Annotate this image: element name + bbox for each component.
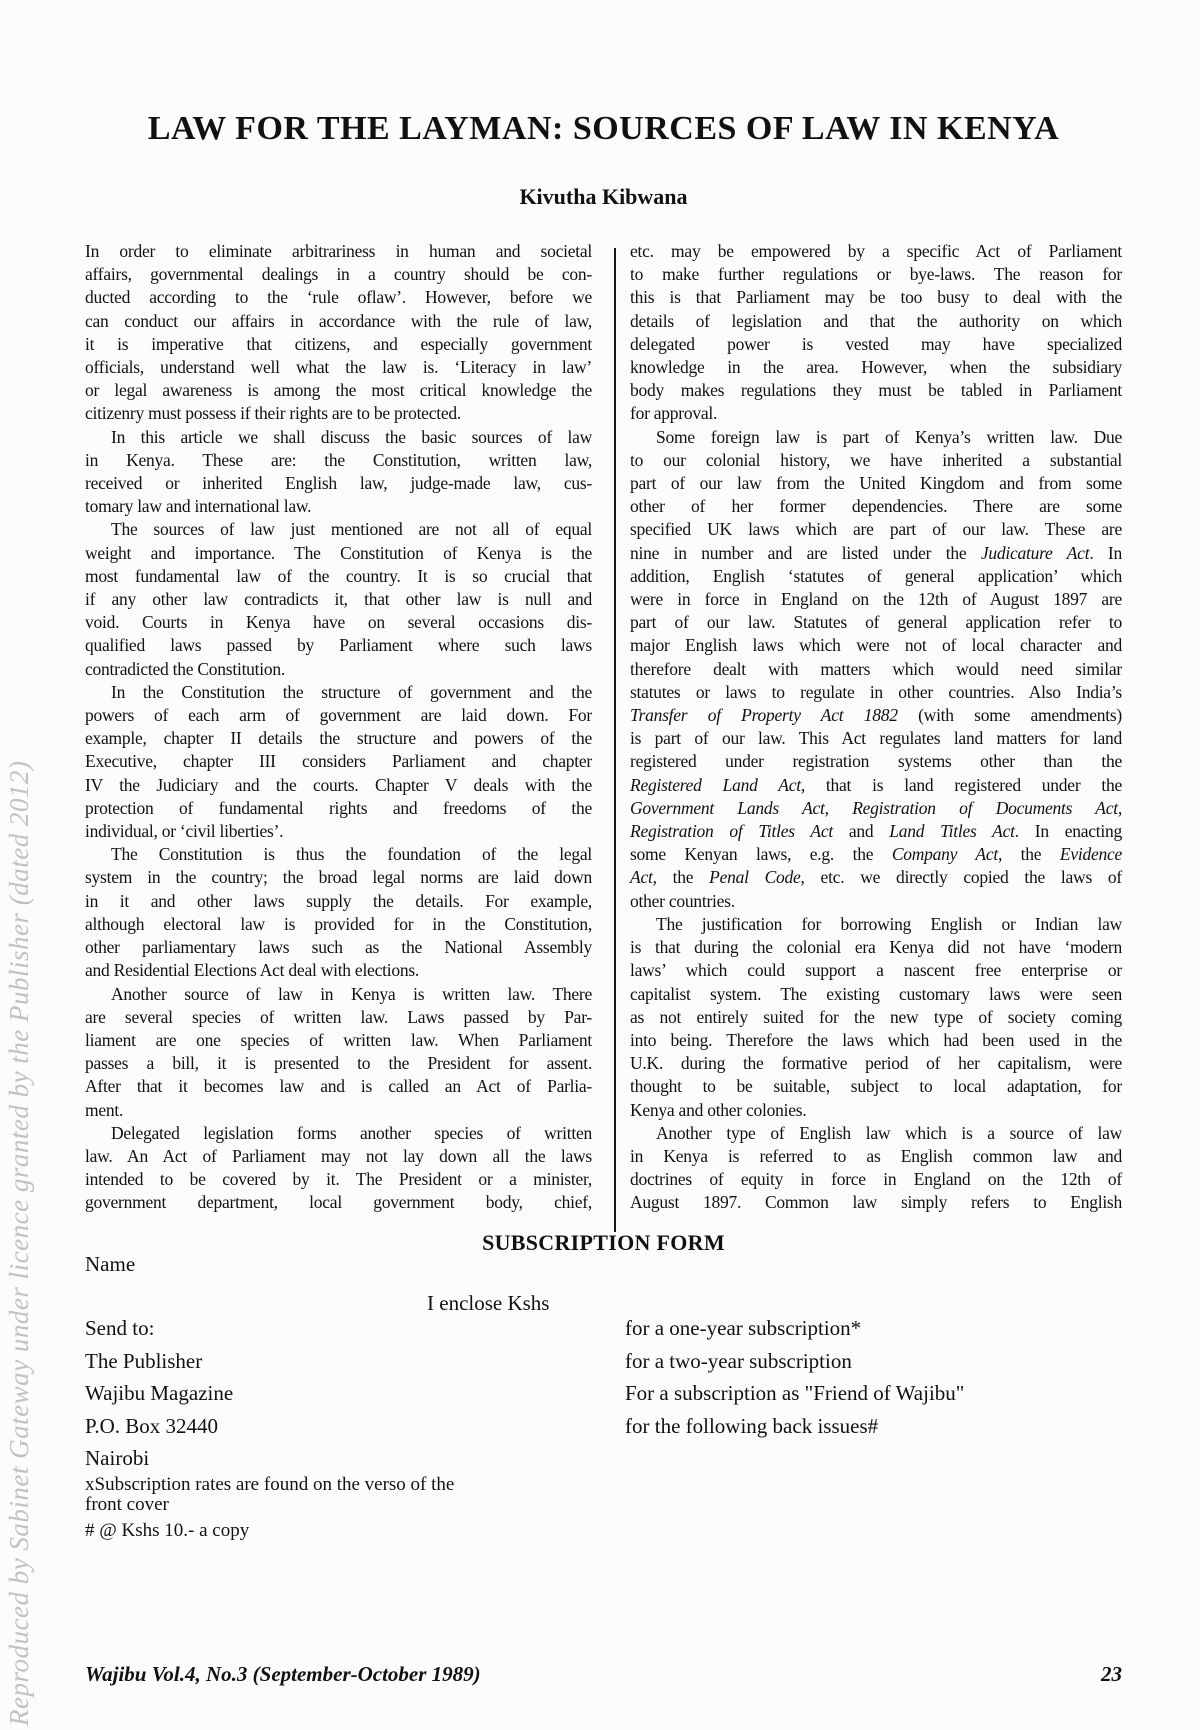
text-line: therefore dealt with matters which would… [630, 658, 1122, 681]
text-line: In order to eliminate arbitrariness in h… [85, 240, 592, 263]
text-line: Transfer of Property Act 1882 (with some… [630, 704, 1122, 727]
text-line: Registered Land Act, that is land regist… [630, 774, 1122, 797]
text-line: it is imperative that citizens, and espe… [85, 333, 592, 356]
text-line: citizenry must possess if their rights a… [85, 402, 592, 425]
text-line: government department, local government … [85, 1191, 592, 1214]
page-footer: Wajibu Vol.4, No.3 (September-October 19… [85, 1662, 1122, 1687]
subscription-enclose-kshs-label: I enclose Kshs [427, 1291, 549, 1316]
right-text-column: etc. may be empowered by a specific Act … [630, 240, 1122, 1215]
text-line: law. An Act of Parliament may not lay do… [85, 1145, 592, 1168]
text-line: if any other law contradicts it, that ot… [85, 588, 592, 611]
text-line: other of her former dependencies. There … [630, 495, 1122, 518]
text-line: other countries. [630, 890, 1122, 913]
list-item: for the following back issues# [625, 1410, 964, 1443]
text-line: Government Lands Act, Registration of Do… [630, 797, 1122, 820]
text-line: weight and importance. The Constitution … [85, 542, 592, 565]
article-title: LAW FOR THE LAYMAN: SOURCES OF LAW IN KE… [85, 110, 1122, 148]
text-line: can conduct our affairs in accordance wi… [85, 310, 592, 333]
text-line: In the Constitution the structure of gov… [85, 681, 592, 704]
text-line: liament are one species of written law. … [85, 1029, 592, 1052]
subscription-form-heading: SUBSCRIPTION FORM [85, 1230, 1122, 1256]
text-line: some Kenyan laws, e.g. the Company Act, … [630, 843, 1122, 866]
text-line: individual, or ‘civil liberties’. [85, 820, 592, 843]
text-line: knowledge in the area. However, when the… [630, 356, 1122, 379]
text-line: intended to be covered by it. The Presid… [85, 1168, 592, 1191]
text-line: Executive, chapter III considers Parliam… [85, 750, 592, 773]
text-line: part of our law from the United Kingdom … [630, 472, 1122, 495]
text-line: delegated power is vested may have speci… [630, 333, 1122, 356]
text-line: to make further regulations or bye-laws.… [630, 263, 1122, 286]
text-line: most fundamental law of the country. It … [85, 565, 592, 588]
text-line: into being. Therefore the laws which had… [630, 1029, 1122, 1052]
article-author: Kivutha Kibwana [85, 184, 1122, 210]
text-line: officials, understand well what the law … [85, 356, 592, 379]
text-line: doctrines of equity in force in England … [630, 1168, 1122, 1191]
text-line: received or inherited English law, judge… [85, 472, 592, 495]
text-line: are several species of written law. Laws… [85, 1006, 592, 1029]
text-line: body makes regulations they must be tabl… [630, 379, 1122, 402]
paragraph: Another type of English law which is a s… [630, 1122, 1122, 1215]
text-line: capitalist system. The existing customar… [630, 983, 1122, 1006]
text-line: After that it becomes law and is called … [85, 1075, 592, 1098]
subscription-send-to-address: Send to:The PublisherWajibu MagazineP.O.… [85, 1312, 233, 1475]
text-line: although electoral law is provided for i… [85, 913, 592, 936]
text-line: Delegated legislation forms another spec… [85, 1122, 592, 1145]
text-line: and Residential Elections Act deal with … [85, 959, 592, 982]
paragraph: The Constitution is thus the foundation … [85, 843, 592, 982]
subscription-name-label: Name [85, 1252, 135, 1277]
scanned-journal-page: Reproduced by Sabinet Gateway under lice… [0, 0, 1200, 1730]
text-line: passes a bill, it is presented to the Pr… [85, 1052, 592, 1075]
text-line: U.K. during the formative period of her … [630, 1052, 1122, 1075]
text-line: is part of our law. This Act regulates l… [630, 727, 1122, 750]
list-item: P.O. Box 32440 [85, 1410, 233, 1443]
text-line: Registration of Titles Act and Land Titl… [630, 820, 1122, 843]
text-line: The sources of law just mentioned are no… [85, 518, 592, 541]
text-line: etc. may be empowered by a specific Act … [630, 240, 1122, 263]
text-line: Another source of law in Kenya is writte… [85, 983, 592, 1006]
subscription-rates-note: xSubscription rates are found on the ver… [85, 1475, 454, 1515]
paragraph: The sources of law just mentioned are no… [85, 518, 592, 680]
text-line: registered under registration systems ot… [630, 750, 1122, 773]
text-line: ment. [85, 1099, 592, 1122]
text-line: other parliamentary laws such as the Nat… [85, 936, 592, 959]
text-line: thought to be suitable, subject to local… [630, 1075, 1122, 1098]
text-line: tomary law and international law. [85, 495, 592, 518]
paragraph: Another source of law in Kenya is writte… [85, 983, 592, 1122]
text-line: The justification for borrowing English … [630, 913, 1122, 936]
text-line: for approval. [630, 402, 1122, 425]
list-item: Send to: [85, 1312, 233, 1345]
text-line: Some foreign law is part of Kenya’s writ… [630, 426, 1122, 449]
list-item: front cover [85, 1495, 454, 1515]
paragraph: Some foreign law is part of Kenya’s writ… [630, 426, 1122, 913]
text-line: is that during the colonial era Kenya di… [630, 936, 1122, 959]
left-text-column: In order to eliminate arbitrariness in h… [85, 240, 592, 1215]
text-line: ducted according to the ‘rule oflaw’. Ho… [85, 286, 592, 309]
text-line: protection of fundamental rights and fre… [85, 797, 592, 820]
page-number: 23 [1101, 1662, 1122, 1687]
text-line: qualified laws passed by Parliament wher… [85, 634, 592, 657]
paragraph: Delegated legislation forms another spec… [85, 1122, 592, 1215]
list-item: for a two-year subscription [625, 1345, 964, 1378]
paragraph: In the Constitution the structure of gov… [85, 681, 592, 843]
list-item: Wajibu Magazine [85, 1377, 233, 1410]
text-line: Kenya and other colonies. [630, 1099, 1122, 1122]
journal-citation: Wajibu Vol.4, No.3 (September-October 19… [85, 1662, 481, 1687]
text-line: laws’ which could support a nascent free… [630, 959, 1122, 982]
text-line: Another type of English law which is a s… [630, 1122, 1122, 1145]
text-line: powers of each arm of government are lai… [85, 704, 592, 727]
list-item: For a subscription as "Friend of Wajibu" [625, 1377, 964, 1410]
text-line: in Kenya is referred to as English commo… [630, 1145, 1122, 1168]
text-line: specified UK laws which are part of our … [630, 518, 1122, 541]
text-line: Act, the Penal Code, etc. we directly co… [630, 866, 1122, 889]
text-line: contradicted the Constitution. [85, 658, 592, 681]
text-line: in Kenya. These are: the Constitution, w… [85, 449, 592, 472]
text-line: void. Courts in Kenya have on several oc… [85, 611, 592, 634]
text-line: part of our law. Statutes of general app… [630, 611, 1122, 634]
text-line: In this article we shall discuss the bas… [85, 426, 592, 449]
text-line: this is that Parliament may be too busy … [630, 286, 1122, 309]
text-line: IV the Judiciary and the courts. Chapter… [85, 774, 592, 797]
paragraph: etc. may be empowered by a specific Act … [630, 240, 1122, 426]
text-line: statutes or laws to regulate in other co… [630, 681, 1122, 704]
text-line: example, chapter II details the structur… [85, 727, 592, 750]
text-line: nine in number and are listed under the … [630, 542, 1122, 565]
list-item: xSubscription rates are found on the ver… [85, 1475, 454, 1495]
text-line: or legal awareness is among the most cri… [85, 379, 592, 402]
paragraph: In order to eliminate arbitrariness in h… [85, 240, 592, 426]
sabinet-watermark-text: Reproduced by Sabinet Gateway under lice… [4, 776, 35, 1726]
paragraph: In this article we shall discuss the bas… [85, 426, 592, 519]
text-line: major English laws which were not of loc… [630, 634, 1122, 657]
text-line: to our colonial history, we have inherit… [630, 449, 1122, 472]
text-line: were in force in England on the 12th of … [630, 588, 1122, 611]
text-line: details of legislation and that the auth… [630, 310, 1122, 333]
list-item: Nairobi [85, 1442, 233, 1475]
text-line: in it and other laws supply the details.… [85, 890, 592, 913]
text-line: system in the country; the broad legal n… [85, 866, 592, 889]
subscription-options: for a one-year subscription*for a two-ye… [625, 1312, 964, 1442]
text-line: as not entirely suited for the new type … [630, 1006, 1122, 1029]
list-item: The Publisher [85, 1345, 233, 1378]
column-divider-rule [614, 248, 616, 1232]
text-line: August 1897. Common law simply refers to… [630, 1191, 1122, 1214]
paragraph: The justification for borrowing English … [630, 913, 1122, 1122]
list-item: for a one-year subscription* [625, 1312, 964, 1345]
back-issue-price-note: # @ Kshs 10.- a copy [85, 1520, 249, 1542]
text-line: The Constitution is thus the foundation … [85, 843, 592, 866]
text-line: affairs, governmental dealings in a coun… [85, 263, 592, 286]
text-line: addition, English ‘statutes of general a… [630, 565, 1122, 588]
